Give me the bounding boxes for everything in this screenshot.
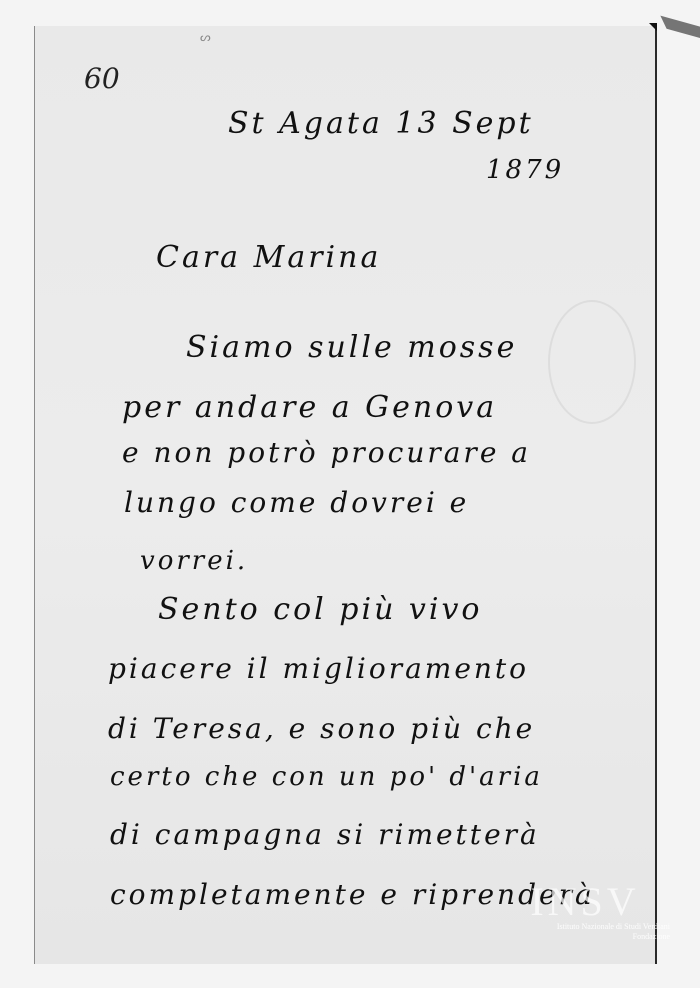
body-line: Sento col più vivo — [158, 592, 482, 627]
body-line: e non potrò procurare a — [122, 436, 531, 469]
body-line: vorrei. — [140, 546, 248, 576]
institution-watermark: INSV Istituto Nazionale di Studi Verdian… — [500, 882, 670, 942]
body-line: per andare a Genova — [122, 390, 497, 425]
body-line: di campagna si rimetterà — [110, 818, 540, 851]
corner-mark — [649, 23, 657, 31]
page-edge-divider — [655, 24, 657, 964]
faint-oval-stamp — [548, 300, 636, 424]
body-line: Siamo sulle mosse — [186, 330, 517, 365]
body-line: di Teresa, e sono più che — [108, 712, 535, 745]
watermark-logo: INSV — [500, 882, 670, 922]
fold-shadow — [660, 16, 700, 43]
stray-mark: ᔕ — [200, 30, 211, 44]
body-line: certo che con un po' d'aria — [110, 762, 543, 792]
watermark-foundation: Fondazione — [500, 932, 670, 942]
dateline-year: 1879 — [486, 155, 564, 185]
watermark-institution-name: Istituto Nazionale di Studi Verdiani — [500, 922, 670, 932]
body-line: piacere il miglioramento — [108, 652, 529, 685]
salutation: Cara Marina — [156, 240, 381, 275]
dateline-place-date: St Agata 13 Sept — [228, 106, 534, 141]
folio-number: 60 — [84, 62, 120, 95]
body-line: lungo come dovrei e — [124, 486, 469, 519]
